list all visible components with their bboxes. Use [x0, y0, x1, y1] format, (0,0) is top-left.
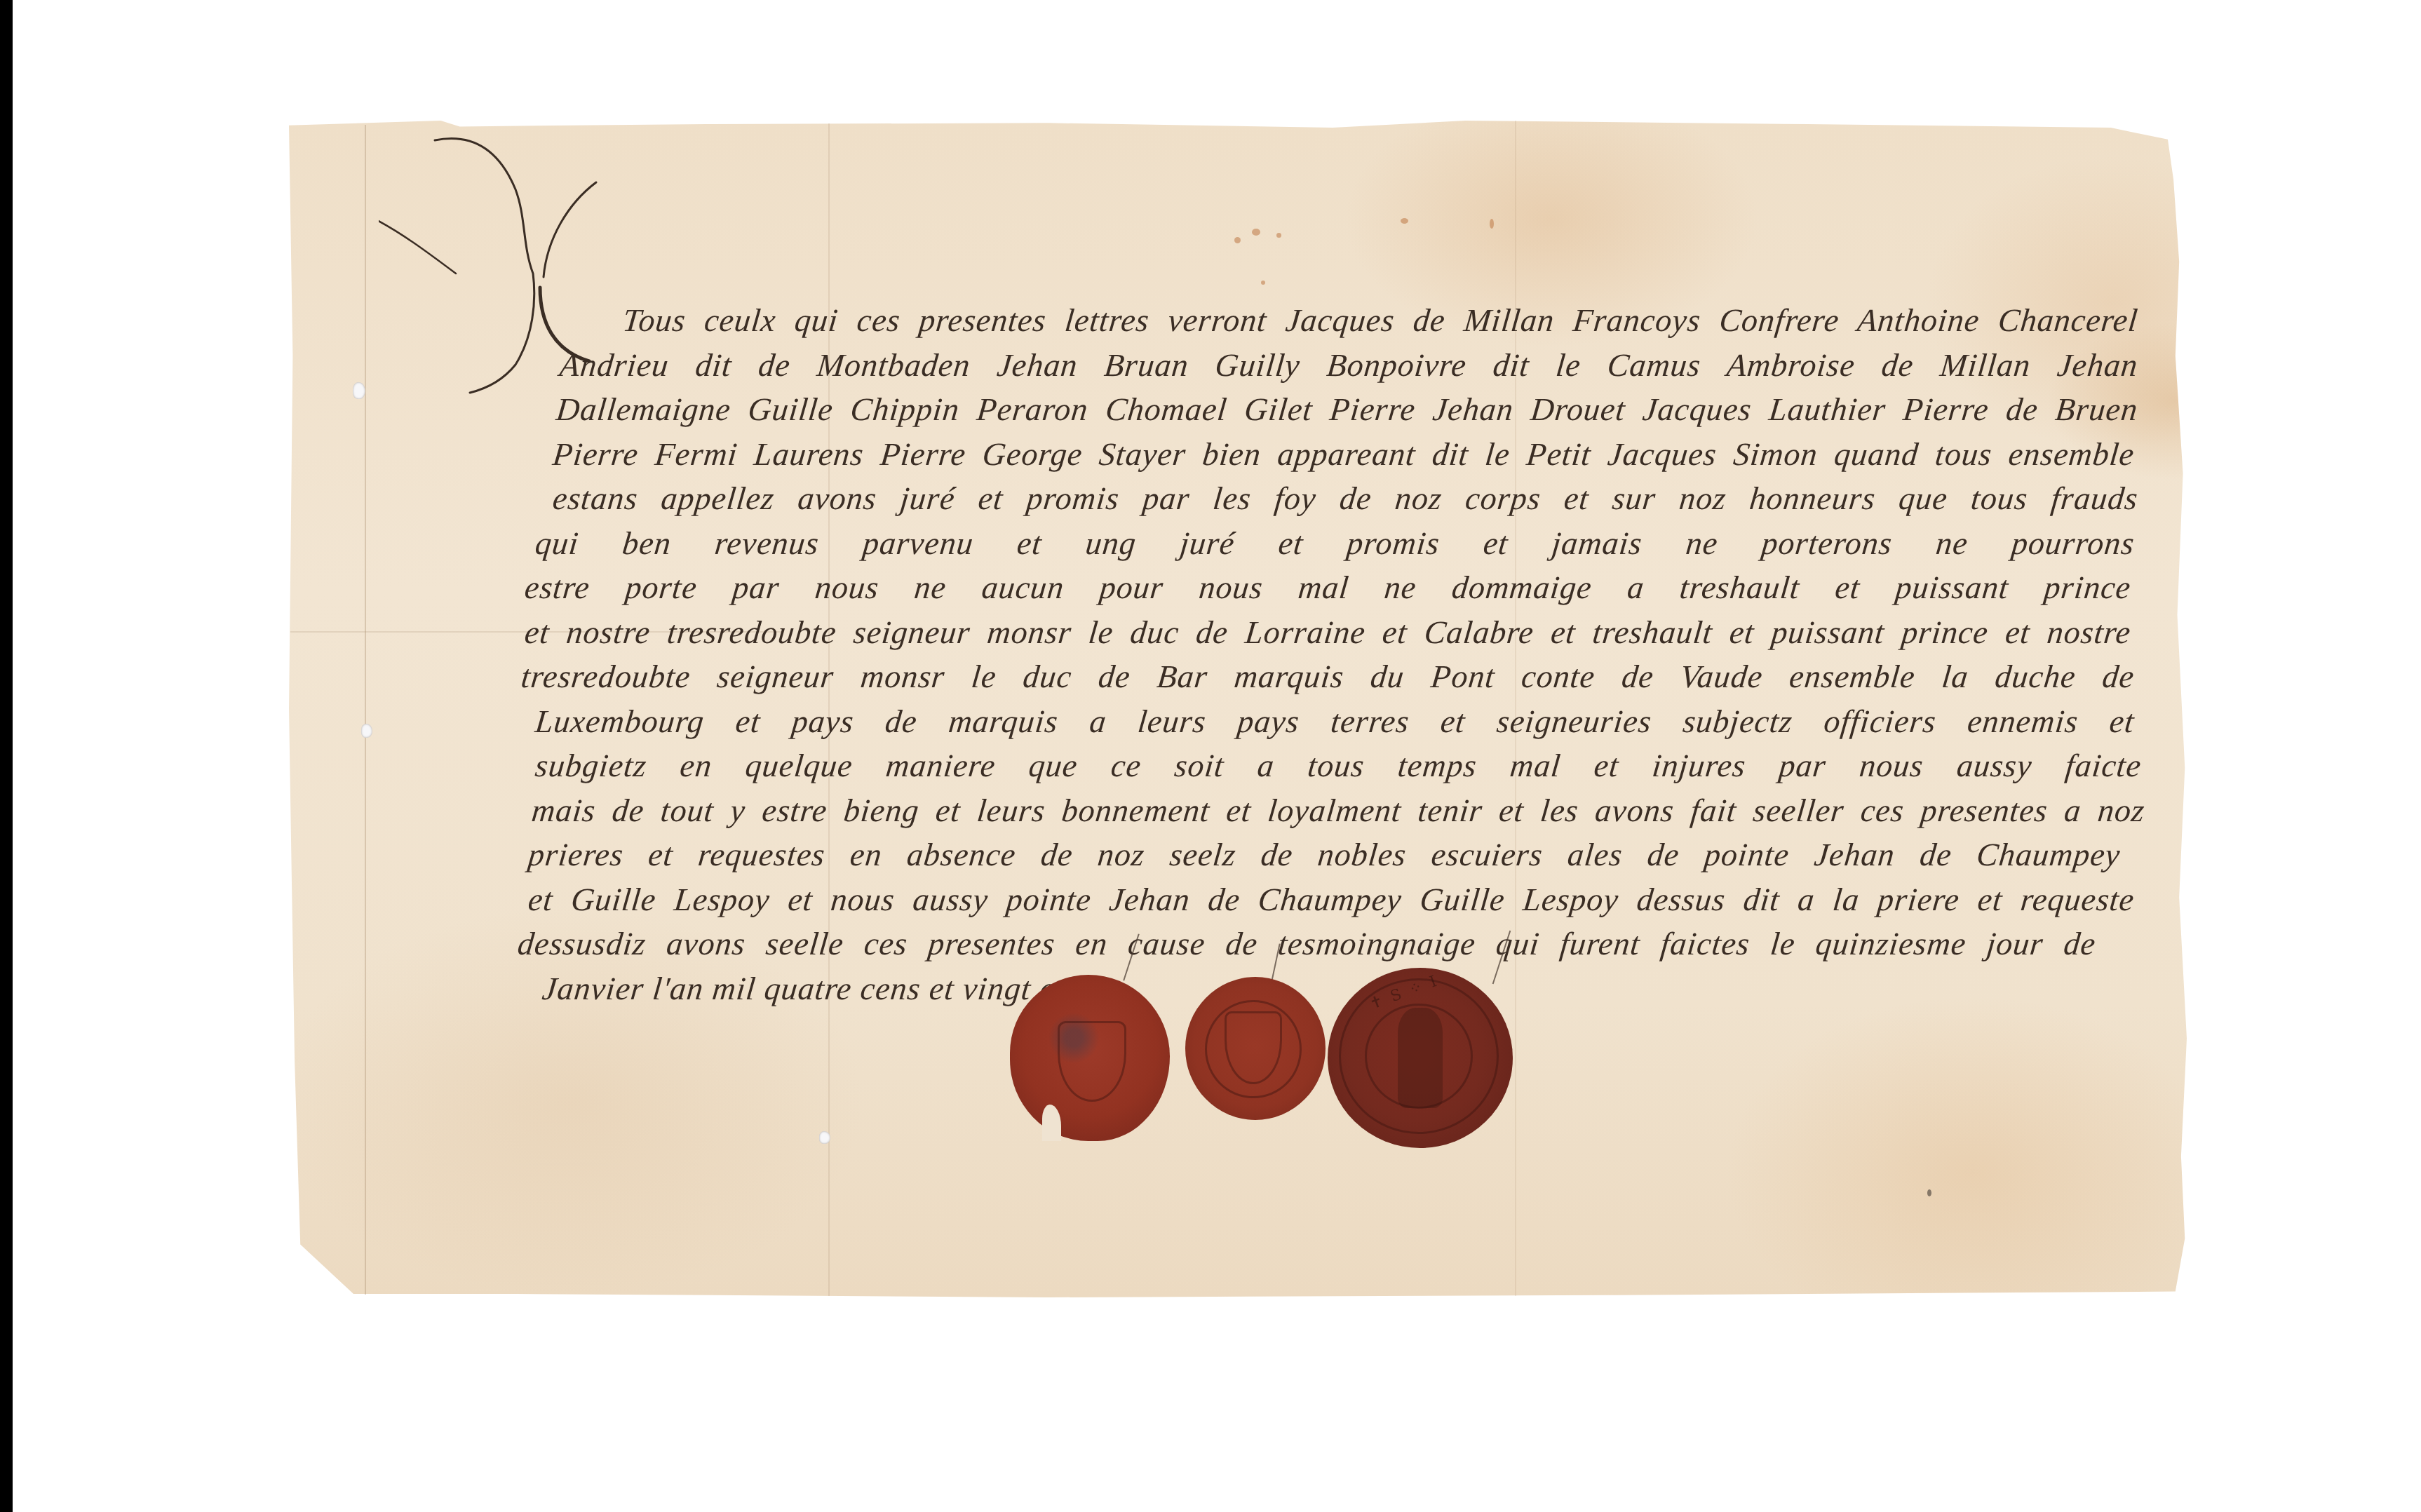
- charter-text-line: et nostre tresredoubte seigneur monsr le…: [522, 610, 2133, 655]
- foxing-spot: [1252, 229, 1260, 236]
- charter-text-line: Tous ceulx qui ces presentes lettres ver…: [621, 298, 2140, 343]
- foxing-spot: [1401, 218, 1408, 224]
- charter-text-line: mais de tout y estre bieng et leurs bonn…: [530, 788, 2147, 833]
- charter-text-line: Luxembourg et pays de marquis a leurs pa…: [533, 699, 2137, 744]
- charter-text-line: et Guille Lespoy et nous aussy pointe Je…: [526, 877, 2137, 922]
- vertical-fold-line: [365, 125, 366, 1295]
- left-black-bar: [0, 0, 13, 1512]
- foxing-spot: [1261, 281, 1265, 285]
- charter-text-line: estre porte par nous ne aucun pour nous …: [522, 565, 2133, 610]
- seal-shield-icon: [1058, 1021, 1126, 1102]
- charter-text-line: Dallemaigne Guille Chippin Peraron Choma…: [554, 387, 2140, 432]
- hole: [353, 382, 365, 399]
- foxing-spot: [1234, 237, 1241, 243]
- charter-text-line: estans appellez avons juré et promis par…: [551, 476, 2140, 521]
- foxing-spot: [1276, 233, 1281, 238]
- seal-figure-icon: [1398, 1008, 1442, 1109]
- wax-seal-right: ✝ S ⁘ I: [1328, 968, 1513, 1148]
- charter-text-line: Andrieu dit de Montbaden Jehan Bruan Gui…: [558, 343, 2140, 388]
- foxing-spot: [1927, 1189, 1931, 1196]
- charter-text-line: subgietz en quelque maniere que ce soit …: [533, 743, 2144, 788]
- wax-seal-middle: [1185, 977, 1326, 1120]
- hole: [361, 724, 372, 738]
- charter-text-line: tresredoubte seigneur monsr le duc de Ba…: [519, 654, 2137, 699]
- wax-seal-left: [1010, 975, 1170, 1141]
- charter-text-line: prieres et requestes en absence de noz s…: [526, 832, 2123, 877]
- charter-text-line: dessusdiz avons seelle ces presentes en …: [515, 922, 2098, 966]
- charter-text-line: Pierre Fermi Laurens Pierre George Staye…: [551, 432, 2137, 477]
- hole: [819, 1131, 830, 1144]
- charter-text-line: qui ben revenus parvenu et ung juré et p…: [533, 521, 2137, 566]
- foxing-spot: [1490, 219, 1494, 229]
- charter-text-line: Janvier l'an mil quatre cens et vingt et…: [540, 966, 1015, 1011]
